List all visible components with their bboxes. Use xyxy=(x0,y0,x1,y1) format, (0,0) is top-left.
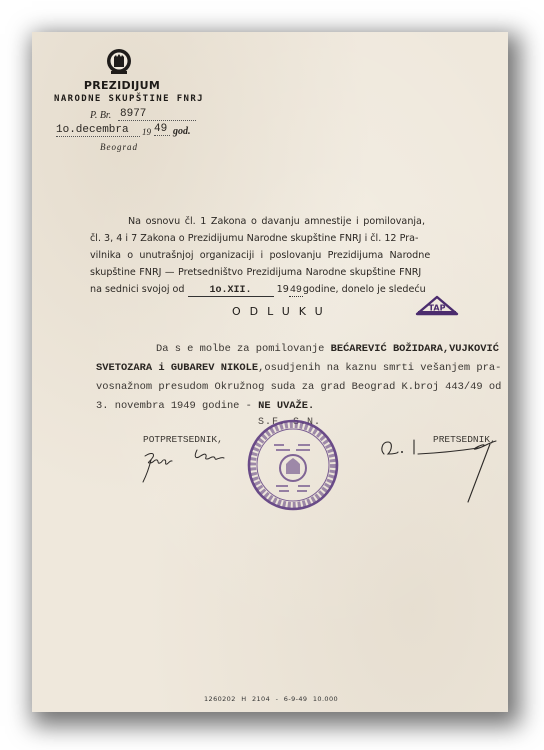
yugoslav-coat-of-arms-icon xyxy=(104,47,134,77)
letterhead-title: PREZIDIJUM xyxy=(72,79,172,92)
year-prefix: 19 xyxy=(142,127,151,137)
preamble-line: čl. 3, 4 i 7 Zakona o Prezidijumu Narodn… xyxy=(90,233,490,244)
session-year: 49 xyxy=(289,285,303,297)
letterhead-subtitle: NARODNE SKUPŠTINE FNRJ xyxy=(54,94,204,104)
decision-text: 3. novembra 1949 godine - xyxy=(96,400,258,412)
preamble-year-prefix: 19 xyxy=(277,284,289,295)
issue-date: 1o.decembra xyxy=(56,124,140,137)
decision-text: ,osudjenih na kaznu smrti vešanjem pra- xyxy=(258,362,501,374)
issue-place: Beograd xyxy=(100,142,138,152)
president-signature-icon xyxy=(372,432,502,512)
decision-heading: ODLUKU xyxy=(232,305,332,318)
convict-names: BEĆAREVIĆ BOŽIDARA,VUJKOVIĆ xyxy=(331,343,499,355)
session-date: 1o.XII. xyxy=(188,285,274,297)
year-suffix: 49 xyxy=(154,123,170,136)
preamble-line: vilnika o unutrašnjoj organizaciji i pos… xyxy=(90,250,490,261)
year-label: god. xyxy=(173,126,191,137)
vice-president-signature-icon xyxy=(137,442,237,492)
reference-label: P. Br. xyxy=(90,110,111,121)
print-code: 1260202 H 2104 - 6-9-49 10.000 xyxy=(204,695,338,703)
decision-verdict: NE UVAŽE. xyxy=(258,400,314,412)
decision-text: Da s e molbe za pomilovanje xyxy=(156,343,331,355)
decision-text-line: vosnažnom presudom Okružnog suda za grad… xyxy=(96,381,501,393)
convict-names: SVETOZARA i GUBAREV NIKOLE xyxy=(96,362,258,374)
decision-text-line: Da s e molbe za pomilovanje BEĆAREVIĆ BO… xyxy=(156,343,499,355)
preamble-line: Na osnovu čl. 1 Zakona o davanju amnesti… xyxy=(128,216,528,227)
presidium-official-seal-icon xyxy=(246,418,340,512)
document-page: PREZIDIJUM NARODNE SKUPŠTINE FNRJ P. Br.… xyxy=(32,32,508,712)
reference-number: 8977 xyxy=(118,108,196,121)
decision-text-line: 3. novembra 1949 godine - NE UVAŽE. xyxy=(96,400,314,412)
preamble-text-end: godine, donelo je sledeću xyxy=(303,284,426,295)
svg-text:TAP: TAP xyxy=(429,304,446,313)
decision-text-line: SVETOZARA i GUBAREV NIKOLE,osudjenih na … xyxy=(96,362,501,374)
tap-stamp-icon: TAP xyxy=(415,295,459,317)
preamble-line: skupštine FNRJ — Pretsedništvo Prezidiju… xyxy=(90,267,490,278)
preamble-text: na sednici svojoj od xyxy=(90,284,185,295)
